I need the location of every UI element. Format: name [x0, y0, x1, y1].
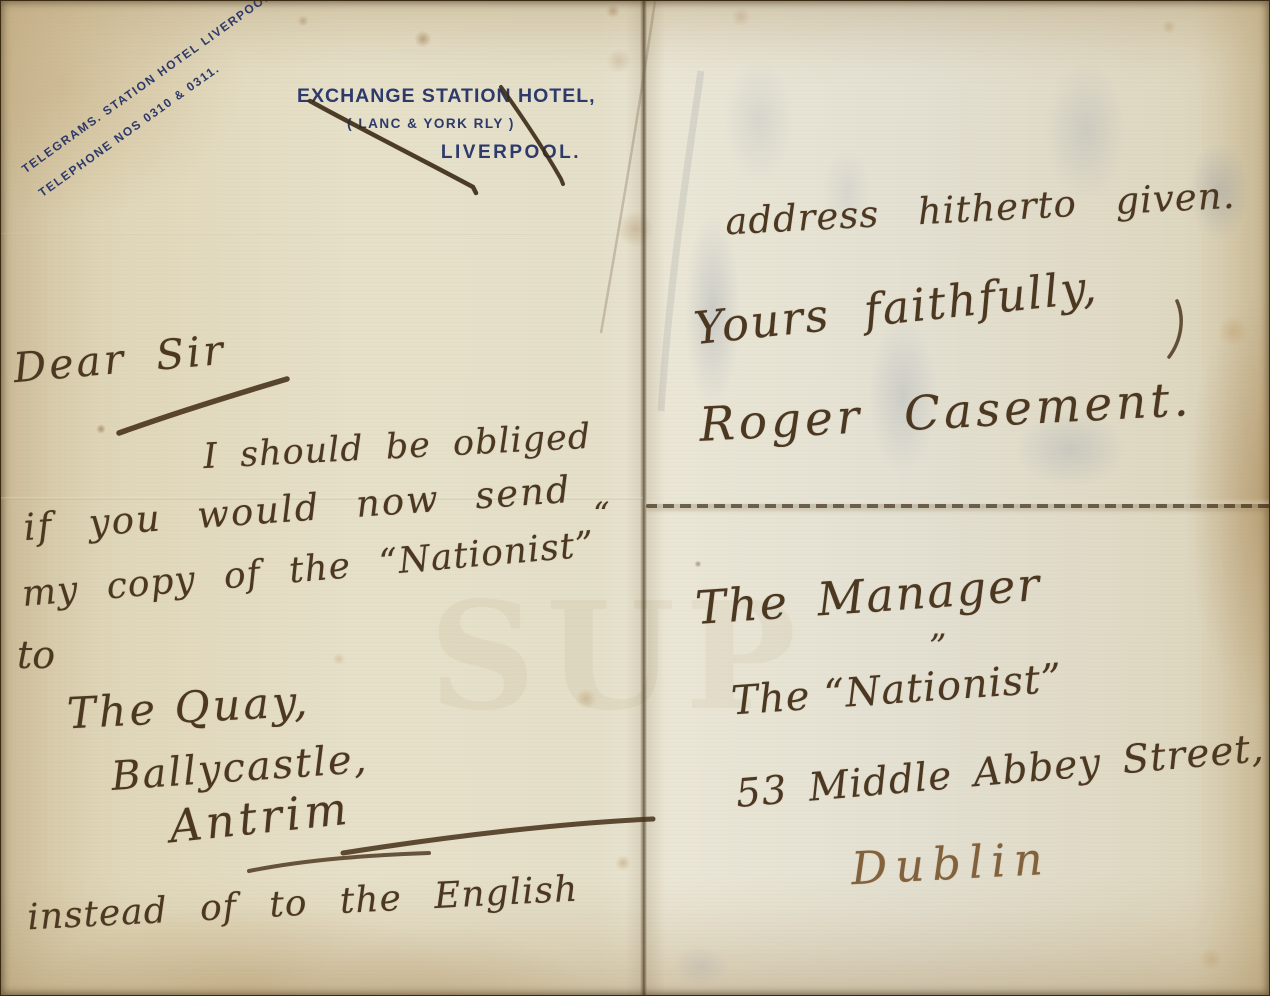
- body-continuation-line: address hitherto given.: [724, 174, 1236, 244]
- comma-flourish: [1169, 301, 1181, 357]
- forwarding-address-line: The Quay,: [66, 677, 312, 740]
- tcross-flourish: [249, 853, 429, 871]
- recipient-line: 53 Middle Abbey Street,: [734, 726, 1266, 817]
- letterhead-telegrams-line: TELEGRAMS. STATION HOTEL LIVERPOOL.: [15, 0, 283, 183]
- letterhead-hotel-name: EXCHANGE STATION HOTEL,: [297, 85, 589, 108]
- body-line: I should be obliged: [202, 417, 592, 477]
- stray-quote-mark: ”: [929, 627, 946, 667]
- gray-crease-streak: [661, 71, 701, 411]
- body-line: to: [17, 633, 55, 677]
- horizontal-fold-crease-right: [646, 504, 1270, 508]
- stray-quote-mark: “: [593, 495, 609, 533]
- letterhead-railway-note: ( LANC & YORK RLY ): [281, 116, 581, 131]
- signature-text: Roger Casement.: [698, 372, 1194, 453]
- letter-scan: SUP TELEGRAMS. STATION HOTEL LIVERPOOL. …: [0, 0, 1270, 996]
- upper-fold-crease-left: [1, 233, 641, 235]
- salutation-text: Dear Sir: [11, 326, 227, 392]
- letterhead-telegram-telephone-block: TELEGRAMS. STATION HOTEL LIVERPOOL. TELE…: [15, 0, 300, 206]
- salutation-flourish: [119, 379, 287, 433]
- letterhead-city: LIVERPOOL.: [381, 142, 581, 164]
- recipient-line: Dublin: [850, 832, 1052, 895]
- letterhead-telephone-line: TELEPHONE NOS 0310 & 0311.: [32, 3, 300, 206]
- body-line: instead of to the English: [26, 869, 579, 939]
- antrim-underline-flourish: [343, 819, 653, 853]
- valediction-text: Yours faithfully,: [691, 260, 1100, 355]
